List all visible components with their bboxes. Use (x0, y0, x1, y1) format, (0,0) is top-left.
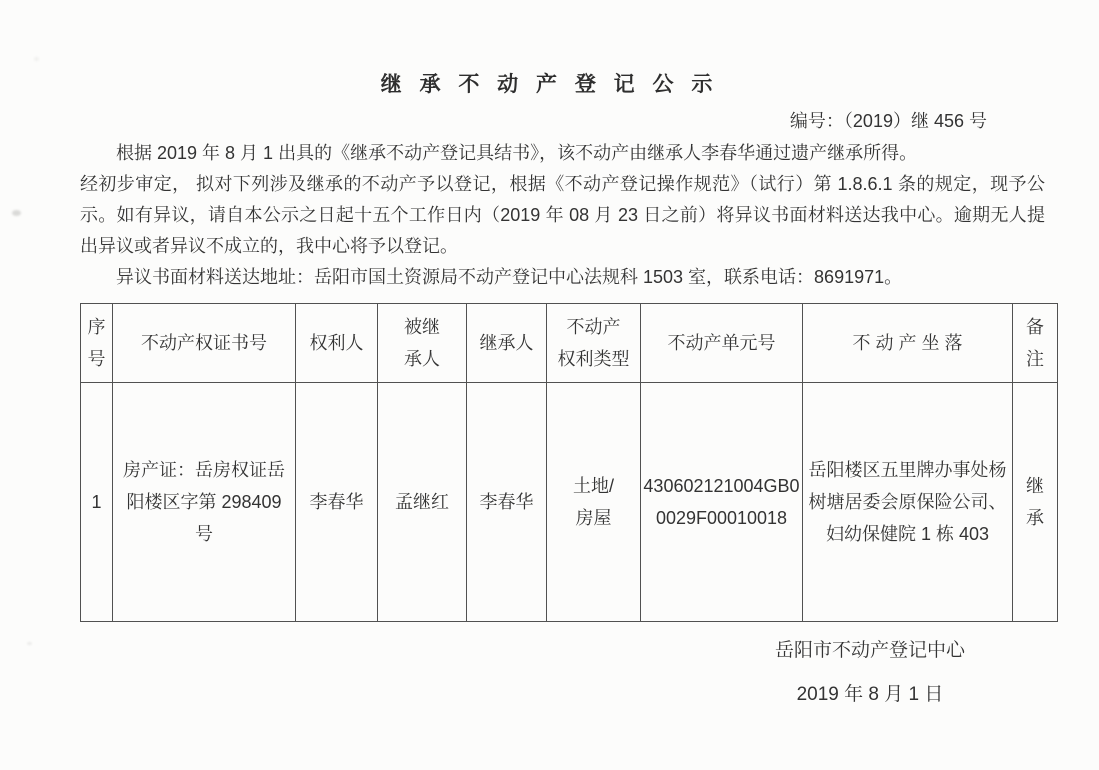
header-heir: 继承人 (467, 304, 547, 383)
doc-number: 编号：（2019）继 456 号 (0, 107, 1099, 133)
header-remark: 备 注 (1013, 304, 1058, 383)
header-location: 不 动 产 坐 落 (803, 304, 1013, 383)
header-right-type: 不动产 权利类型 (547, 304, 641, 383)
cell-location: 岳阳楼区五里牌办事处杨 树塘居委会原保险公司、 妇幼保健院 1 栋 403 (803, 383, 1013, 622)
scan-speck (34, 57, 39, 61)
signature-block: 岳阳市不动产登记中心 2019 年 8 月 1 日 (775, 636, 965, 710)
cell-decedent: 孟继红 (378, 383, 467, 622)
issuer-name: 岳阳市不动产登记中心 (775, 636, 965, 666)
cell-unit-no: 430602121004GB0 0029F00010018 (641, 383, 803, 622)
cell-right-type: 土地/ 房屋 (547, 383, 641, 622)
header-unit-no: 不动产单元号 (641, 304, 803, 383)
cell-seq: 1 (81, 383, 113, 622)
header-decedent: 被继 承人 (378, 304, 467, 383)
cell-cert-no: 房产证：岳房权证岳 阳楼区字第 298409 号 (113, 383, 296, 622)
header-seq: 序 号 (81, 304, 113, 383)
notice-body: 根据 2019 年 8 月 1 出具的《继承不动产登记具结书》，该不动产由继承人… (80, 138, 1045, 293)
issue-date: 2019 年 8 月 1 日 (775, 680, 965, 710)
registration-table: 序 号 不动产权证书号 权利人 被继 承人 继承人 不动产 权利类型 不动产单元… (80, 303, 1058, 622)
cell-remark: 继 承 (1013, 383, 1058, 622)
scanned-notice-page: 继 承 不 动 产 登 记 公 示 编号：（2019）继 456 号 根据 20… (0, 0, 1099, 770)
table-header-row: 序 号 不动产权证书号 权利人 被继 承人 继承人 不动产 权利类型 不动产单元… (81, 304, 1058, 383)
cell-heir: 李春华 (467, 383, 547, 622)
header-right-holder: 权利人 (296, 304, 378, 383)
page-title: 继 承 不 动 产 登 记 公 示 (0, 0, 1099, 98)
scan-speck (27, 642, 32, 645)
cell-right-holder: 李春华 (296, 383, 378, 622)
table-row: 1 房产证：岳房权证岳 阳楼区字第 298409 号 李春华 孟继红 李春华 土… (81, 383, 1058, 622)
scan-speck (12, 210, 21, 216)
paragraph-contact: 异议书面材料送达地址：岳阳市国土资源局不动产登记中心法规科 1503 室，联系电… (80, 262, 1045, 293)
header-cert-no: 不动产权证书号 (113, 304, 296, 383)
paragraph-main: 根据 2019 年 8 月 1 出具的《继承不动产登记具结书》，该不动产由继承人… (80, 138, 1045, 262)
